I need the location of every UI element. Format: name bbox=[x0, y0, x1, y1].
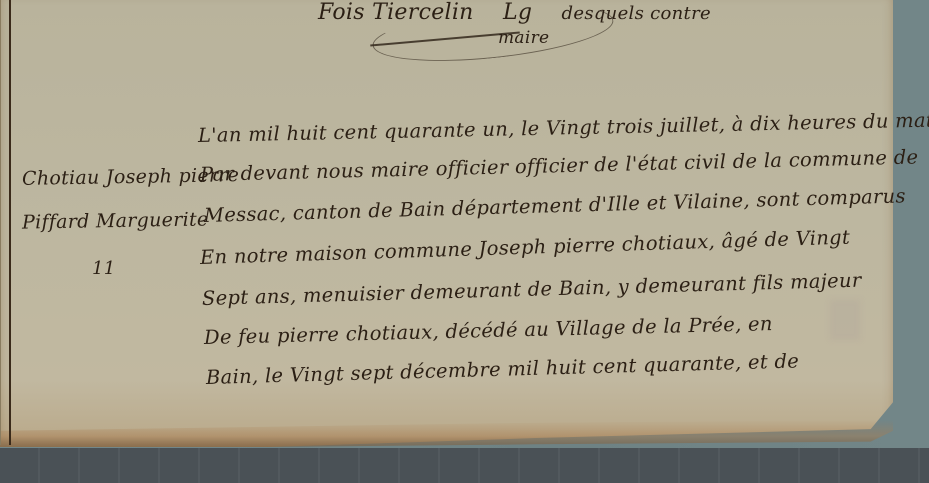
margin-rule-line bbox=[9, 0, 11, 445]
mayor-title: maire bbox=[498, 28, 549, 48]
page-left-edge bbox=[0, 0, 1, 445]
bleed-through-stain bbox=[830, 300, 860, 340]
margin-name-bride: Piffard Marguerite bbox=[22, 208, 209, 233]
signature-line: Fois Tiercelin Lg desquels contre bbox=[318, 0, 711, 25]
trailing-text: desquels contre bbox=[562, 3, 711, 24]
margin-entry-mark: 11 bbox=[92, 258, 116, 279]
illegible-mark: Lg bbox=[503, 0, 532, 25]
signer-name: Fois Tiercelin bbox=[318, 0, 474, 25]
scan-bottom-strip bbox=[0, 448, 929, 483]
